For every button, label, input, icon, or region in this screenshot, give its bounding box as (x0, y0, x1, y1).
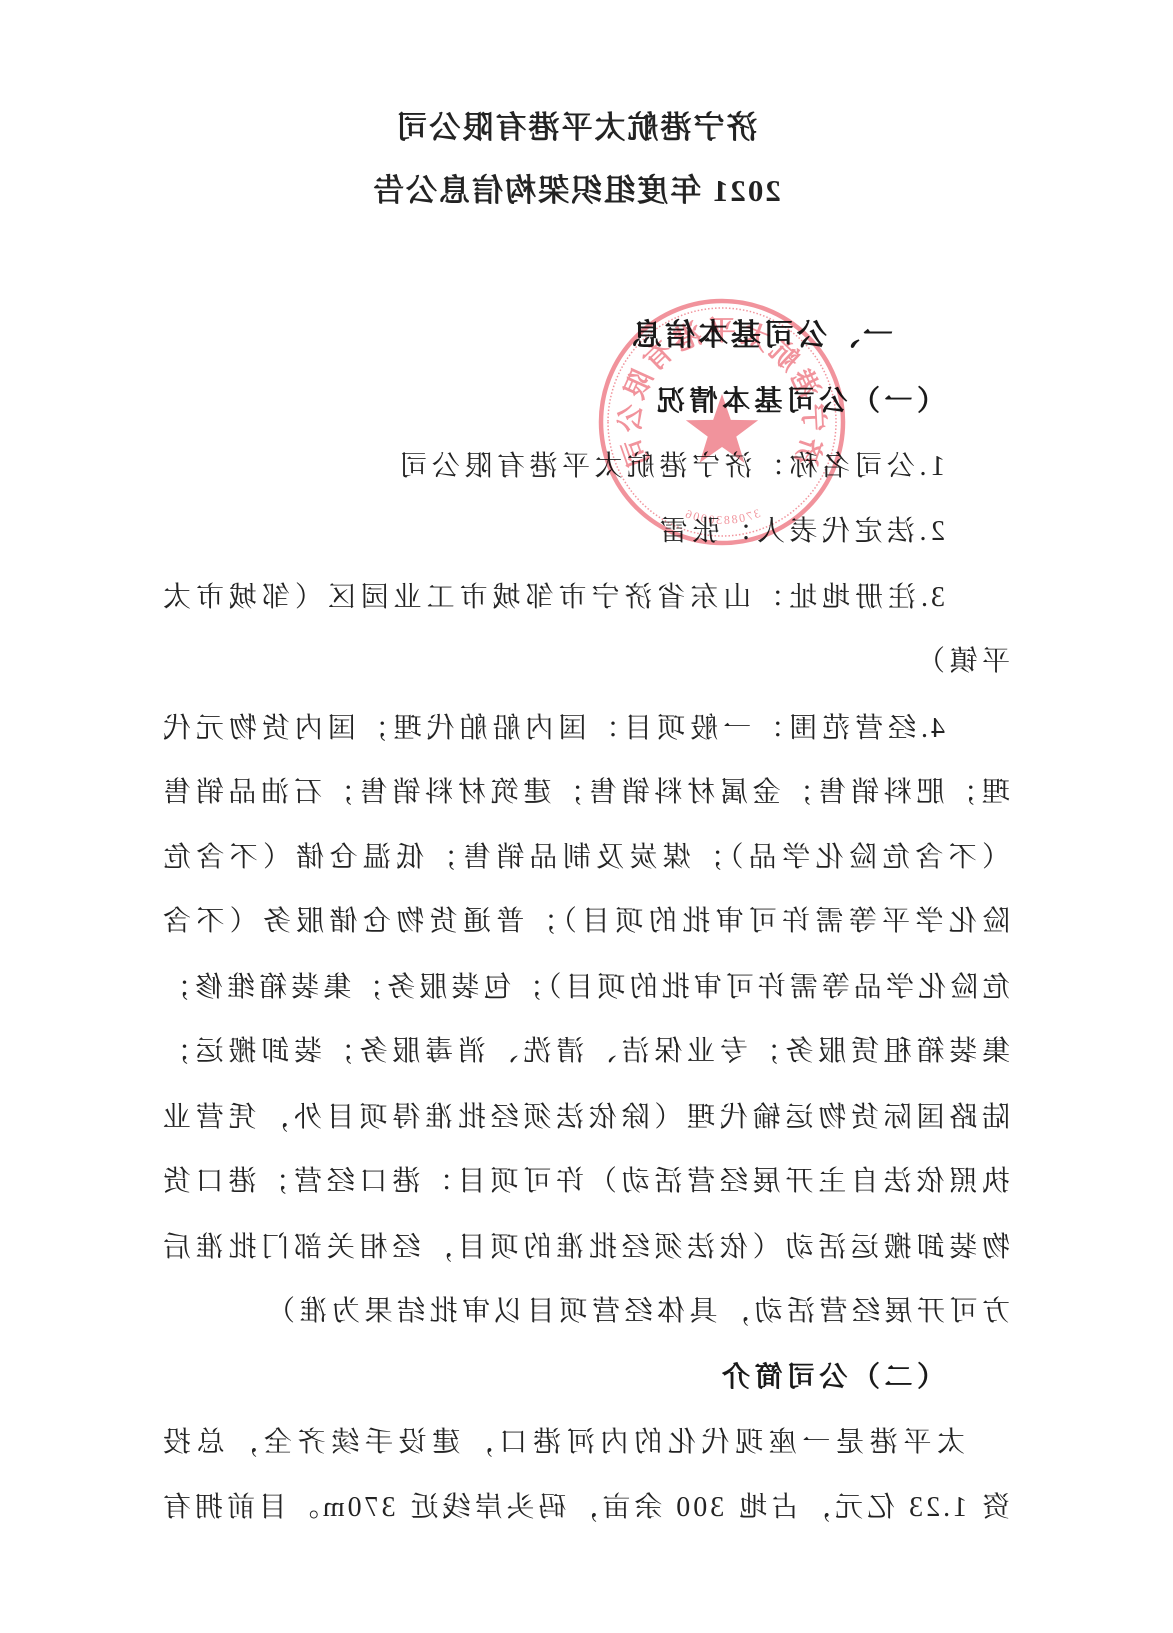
text-line: （不含危险化学品）；煤炭及制品销售；低温仓储（不含危 (160, 838, 1010, 878)
text-line-intro: 太平港是一座现代化的内河港口，建设手续齐全，总投 (160, 1423, 965, 1463)
seal-number: 3708830006 (682, 506, 762, 527)
company-seal: 济宁港航太平港有限公司 3708830006 (592, 292, 852, 552)
text-line: 理；肥料销售；金属材料销售；建筑材料销售；石油品销售 (160, 773, 1010, 813)
text-line: 陆路国际货物运输代理（除依法须经批准得项目外，凭营业 (160, 1098, 1010, 1138)
text-line-intro: 资 1.23 亿元，占地 300 余亩，码头岸线近 370m。目前拥有 (160, 1488, 1010, 1528)
document-page: 济宁港航太平港有限公司 2021 年度组织架构信息公告 一、公司基本信息 （一）… (0, 0, 1173, 1633)
seal-text: 济宁港航太平港有限公司 (616, 315, 830, 471)
text-line: 集装箱租赁服务；专业保洁、清洗、消毒服务；装卸搬运； (160, 1032, 1010, 1072)
subsection-heading-company-intro: （二）公司简介 (717, 1358, 945, 1398)
text-line: 险化学平等需许可审批的项目）；普通货物仓储服务（不含 (160, 902, 1010, 942)
document-subtitle: 2021 年度组织架构信息公告 (366, 169, 786, 213)
text-line: 物装卸搬运活动（依法须经批准的项目，经相关部门批准后 (160, 1228, 1010, 1268)
mirrored-scan: 济宁港航太平港有限公司 2021 年度组织架构信息公告 一、公司基本信息 （一）… (0, 0, 1173, 1633)
document-title: 济宁港航太平港有限公司 (366, 106, 786, 150)
text-line-business-scope: 4.经营范围：一般项目：国内船舶代理；国内货物元代 (160, 709, 945, 749)
text-line-registered-address-cont: 平镇） (912, 642, 1010, 682)
text-line-registered-address: 3.注册地址：山东省济宁市邹城市工业园区（邹城市太 (160, 578, 945, 618)
text-line: 执照依法自主开展经营活动）许可项目：港口经营；港口货 (160, 1162, 1010, 1202)
text-line: 方可开展经营活动，具体经营项目以审批结果为准） (262, 1292, 1010, 1332)
text-line: 危险化学品等需许可审批的项目）；包装服务；集装箱维修； (160, 968, 1010, 1008)
star-icon (686, 394, 758, 463)
